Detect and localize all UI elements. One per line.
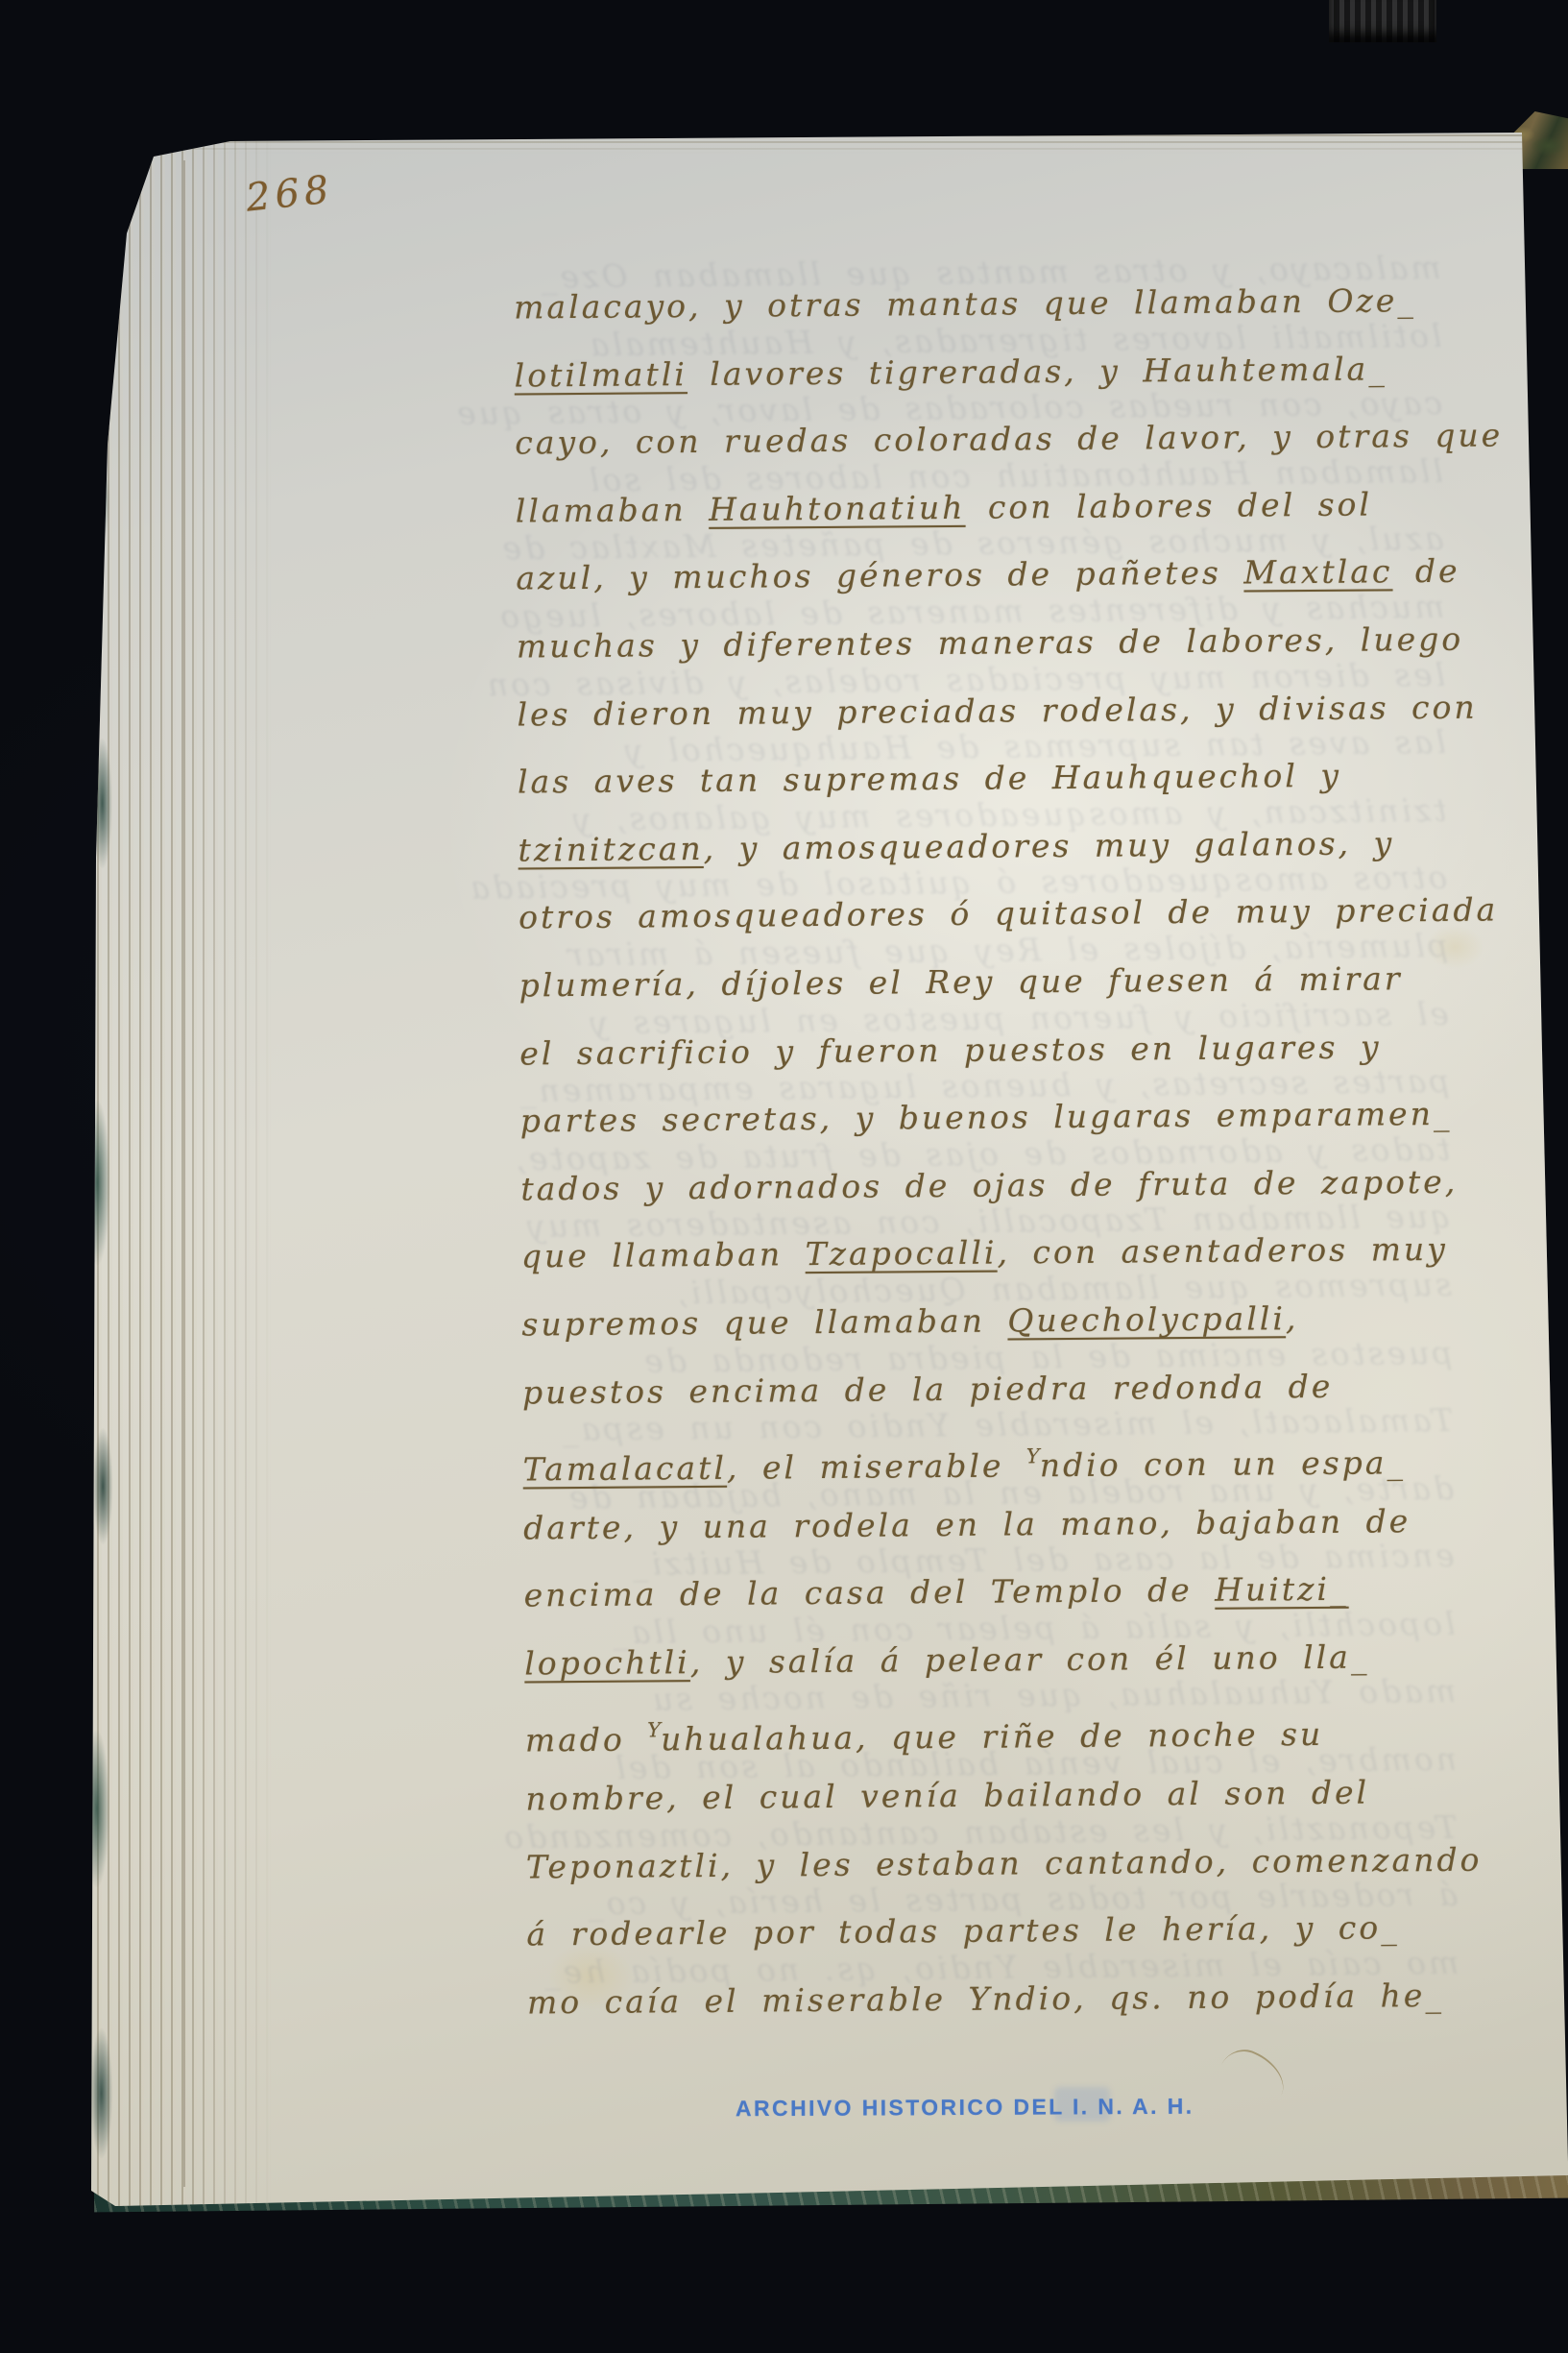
manuscript-line: tados y adornados de ojas de fruta de za…: [520, 1147, 1568, 1224]
page-edges-top: [134, 128, 1527, 155]
manuscript-line: tzinitzcan, y amosqueadores muy galanos,…: [518, 808, 1568, 885]
cover-edge-left-marble: [84, 310, 115, 2207]
manuscript-line: puestos encima de la piedra redonda de: [522, 1350, 1568, 1427]
manuscript-line: supremos que llamaban Quecholycpalli,: [521, 1282, 1568, 1359]
manuscript-line: otros amosqueadores ó quitasol de muy pr…: [519, 876, 1568, 953]
manuscript-line: lotilmatli lavores tigreradas, y Hauhtem…: [514, 333, 1568, 410]
manuscript-line: encima de la casa del Templo de Huitzi_: [523, 1554, 1568, 1631]
manuscript-line: azul, y muchos géneros de pañetes Maxtla…: [516, 537, 1568, 614]
manuscript-line: el sacrificio y fueron puestos en lugare…: [519, 1011, 1568, 1088]
book-strap: [1329, 0, 1436, 42]
manuscript-line: mo caía el miserable Yndio, qs. no podía…: [527, 1960, 1568, 2037]
manuscript-line: cayo, con ruedas coloradas de lavor, y o…: [515, 401, 1568, 478]
manuscript-line: les dieron muy preciadas rodelas, y divi…: [517, 672, 1568, 749]
manuscript-line: muchas y diferentes maneras de labores, …: [517, 605, 1568, 682]
manuscript-photo: malacayo, y otras mantas que llamaban Oz…: [0, 0, 1568, 2353]
manuscript-line: lopochtli, y salía á pelear con él uno l…: [524, 1621, 1568, 1698]
manuscript-page: malacayo, y otras mantas que llamaban Oz…: [86, 128, 1568, 2209]
leaf-crease: [183, 160, 185, 2187]
manuscript-line: á rodearle por todas partes le hería, y …: [526, 1893, 1568, 1970]
manuscript-line: llamaban Hauhtonatiuh con labores del so…: [516, 469, 1568, 546]
page-number: 268: [244, 167, 336, 220]
manuscript-line: mado Yuhualahua, que riñe de noche su: [525, 1689, 1568, 1766]
manuscript-line: partes secretas, y buenos lugaras empara…: [520, 1079, 1568, 1156]
manuscript-line: malacayo, y otras mantas que llamaban Oz…: [514, 266, 1568, 343]
manuscript-line: Tamalacatl, el miserable Yndio con un es…: [522, 1419, 1568, 1495]
manuscript-line: que llamaban Tzapocalli, con asentaderos…: [521, 1215, 1568, 1292]
manuscript-text: malacayo, y otras mantas que llamaban Oz…: [514, 249, 1568, 2037]
archive-stamp: ARCHIVO HISTORICO DEL I. N. A. H.: [736, 2094, 1194, 2122]
stray-fiber: [1213, 2042, 1292, 2111]
manuscript-line: las aves tan supremas de Hauhquechol y: [518, 740, 1568, 817]
manuscript-line: plumería, díjoles el Rey que fuesen á mi…: [519, 943, 1568, 1020]
manuscript-line: nombre, el cual venía bailando al son de…: [525, 1758, 1568, 1834]
manuscript-line: Teponaztli, y les estaban cantando, come…: [526, 1825, 1568, 1902]
manuscript-line: darte, y una rodela en la mano, bajaban …: [523, 1486, 1568, 1563]
